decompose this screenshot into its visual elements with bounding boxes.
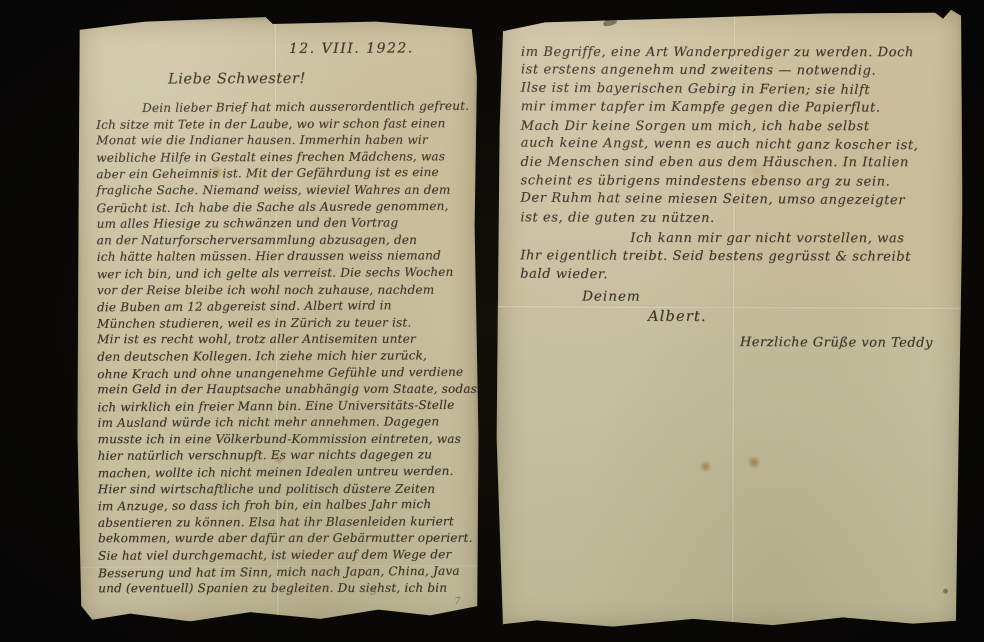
postscript-note: Herzliche Grüße von Teddy — [740, 335, 933, 351]
letter-date: 12. VIII. 1922. — [289, 40, 414, 57]
handwritten-line: Sie hat viel durchgemacht, ist wieder au… — [98, 546, 474, 564]
handwritten-line: Der Ruhm hat seine miesen Seiten, umso a… — [520, 190, 954, 211]
handwritten-line: im Ausland würde ich nicht mehr annehmen… — [97, 413, 473, 431]
handwritten-line: Gerücht ist. Ich habe die Sache als Ausr… — [96, 197, 472, 216]
handwritten-line: Ihr eigentlich treibt. Seid bestens gegr… — [520, 248, 954, 268]
letter-closing: Ich kann mir gar nicht vorstellen, wasIh… — [520, 229, 954, 286]
letter-body-page-2: im Begriffe, eine Art Wanderprediger zu … — [520, 43, 955, 229]
handwritten-line: bekommen, wurde aber dafür an der Gebärm… — [98, 530, 474, 547]
handwritten-line: an der Naturforscherversammlung abzusage… — [97, 231, 473, 248]
letter-scan: 12. VIII. 1922. Liebe Schwester! Dein li… — [0, 0, 984, 642]
handwritten-line: fragliche Sache. Niemand weiss, wieviel … — [96, 182, 472, 199]
letter-page-1: 12. VIII. 1922. Liebe Schwester! Dein li… — [76, 16, 480, 626]
signature: Albert. — [648, 309, 707, 325]
paper-stain — [747, 455, 760, 469]
pencil-mark: 3 — [370, 587, 376, 598]
handwritten-line: mir immer tapfer im Kampfe gegen die Pap… — [521, 98, 955, 118]
handwritten-line: ich wirklich ein freier Mann bin. Eine U… — [97, 396, 473, 415]
letter-body-page-1: Dein lieber Brief hat mich ausserordentl… — [96, 98, 474, 597]
handwritten-line: auch keine Angst, wenn es auch nicht gan… — [521, 135, 955, 156]
handwritten-line: Besserung und hat im Sinn, mich nach Jap… — [98, 562, 474, 581]
handwritten-line: ist es, die guten zu nützen. — [520, 209, 954, 229]
handwritten-line: München studieren, weil es in Zürich zu … — [97, 314, 473, 332]
handwritten-line: im Begriffe, eine Art Wanderprediger zu … — [521, 44, 955, 63]
handwritten-line: machen, wollte ich nicht meinen Idealen … — [98, 463, 474, 482]
handwritten-line: bald wieder. — [520, 265, 954, 286]
handwritten-line: Mach Dir keine Sorgen um mich, ich habe … — [521, 117, 955, 136]
fold-crease — [496, 305, 962, 310]
handwritten-line: die Menschen sind eben aus dem Häuschen.… — [521, 154, 955, 173]
handwritten-line: absentieren zu können. Elsa hat ihr Blas… — [98, 513, 474, 531]
handwritten-line: Dein lieber Brief hat mich ausserordentl… — [96, 98, 472, 117]
letter-page-2: im Begriffe, eine Art Wanderprediger zu … — [495, 7, 963, 631]
valediction: Deinem — [582, 288, 641, 304]
handwritten-line: ich hätte halten müssen. Hier draussen w… — [97, 247, 473, 265]
handwritten-line: Ilse ist im bayerischen Gebirg in Ferien… — [521, 79, 955, 100]
handwritten-line: die Buben am 12 abgereist sind. Albert w… — [97, 297, 473, 316]
ink-smudge — [602, 18, 617, 27]
handwritten-line: musste ich in eine Völkerbund-Kommission… — [98, 431, 474, 448]
handwritten-line: ist erstens angenehm und zweitens — notw… — [521, 62, 955, 82]
handwritten-line: Hier sind wirtschaftliche und politisch … — [98, 480, 474, 497]
handwritten-line: Ich kann mir gar nicht vorstellen, was — [520, 230, 954, 249]
handwritten-line: wer ich bin, und ich gelte als verreist.… — [97, 264, 473, 283]
handwritten-line: Ich sitze mit Tete in der Laube, wo wir … — [96, 115, 472, 133]
handwritten-line: vor der Reise bleibe ich wohl noch zuhau… — [97, 281, 473, 298]
pencil-mark: 7 — [454, 596, 460, 607]
handwritten-line: Monat wie die Indianer hausen. Immerhin … — [96, 132, 472, 149]
handwritten-line: mein Geld in der Hauptsache unabhängig v… — [97, 381, 473, 398]
handwritten-line: Mir ist es recht wohl, trotz aller Antis… — [97, 331, 473, 348]
handwritten-line: den deutschen Kollegen. Ich ziehe mich h… — [97, 347, 473, 365]
handwritten-line: um alles Hiesige zu schwänzen und den Vo… — [97, 214, 473, 232]
paper-stain — [943, 589, 948, 594]
handwritten-line: und (eventuell) Spanien zu begleiten. Du… — [98, 580, 474, 597]
handwritten-line: ohne Krach und ohne unangenehme Gefühle … — [97, 363, 473, 382]
handwritten-line: aber ein Geheimnis ist. Mit der Gefährdu… — [96, 164, 472, 183]
salutation: Liebe Schwester! — [168, 71, 306, 88]
handwritten-line: im Anzuge, so dass ich froh bin, ein hal… — [98, 496, 474, 515]
paper-stain — [699, 460, 711, 473]
